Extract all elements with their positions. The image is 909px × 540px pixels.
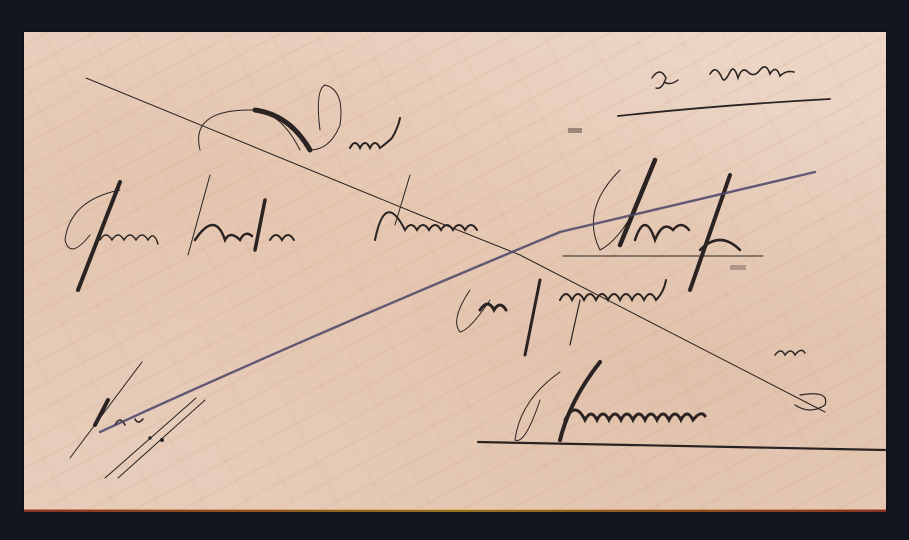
franking-note-script [70, 362, 205, 478]
ink-blot [730, 265, 746, 270]
cancel-stroke [100, 172, 815, 432]
destination-script [478, 362, 885, 450]
routing-note-script [618, 67, 830, 116]
preposition-script [775, 350, 805, 355]
addressee-title-script [65, 175, 477, 290]
ink-blot [568, 128, 582, 133]
handwriting-layer [0, 0, 909, 540]
honorific-script [457, 280, 666, 355]
top-word-script [199, 85, 400, 150]
